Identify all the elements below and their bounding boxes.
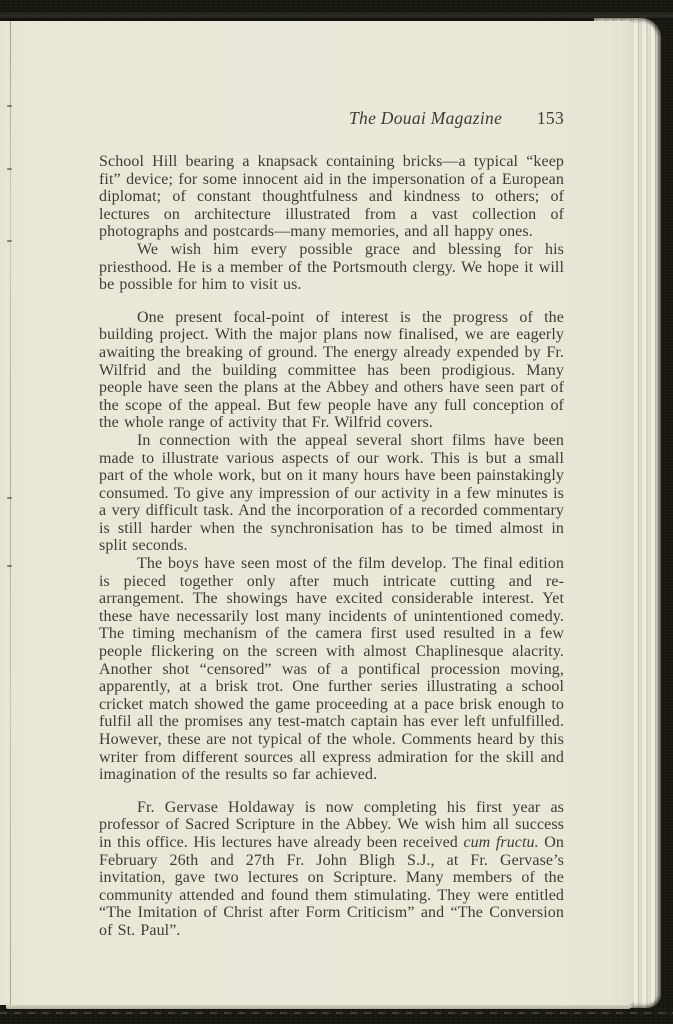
running-header: The Douai Magazine 153 [99, 107, 564, 129]
latin-phrase: cum fructu. [463, 834, 538, 851]
magazine-title: The Douai Magazine [349, 108, 502, 128]
paragraph-building-project: One present focal-point of interest is t… [99, 309, 564, 432]
stitch-mark [7, 240, 12, 242]
stitch-mark [7, 105, 12, 107]
page-text-block: The Douai Magazine 153 School Hill beari… [99, 107, 564, 940]
cover-stitch-line [0, 1012, 673, 1014]
stitch-mark [7, 565, 12, 567]
paragraph-continued: School Hill bearing a knapsack containin… [99, 153, 564, 241]
paragraph-short-films: In connection with the appeal several sh… [99, 432, 564, 555]
paragraph-fr-gervase: Fr. Gervase Holdaway is now completing h… [99, 799, 564, 940]
stitch-mark [7, 497, 12, 499]
paragraph-film-develop: The boys have seen most of the film deve… [99, 555, 564, 784]
page-number: 153 [537, 107, 564, 129]
open-book-photo: The Douai Magazine 153 School Hill beari… [0, 0, 673, 1024]
book-cover-edge [0, 12, 673, 20]
stitch-mark [7, 168, 12, 170]
paragraph-blessing: We wish him every possible grace and ble… [99, 241, 564, 294]
book-page: The Douai Magazine 153 School Hill beari… [0, 21, 634, 1005]
